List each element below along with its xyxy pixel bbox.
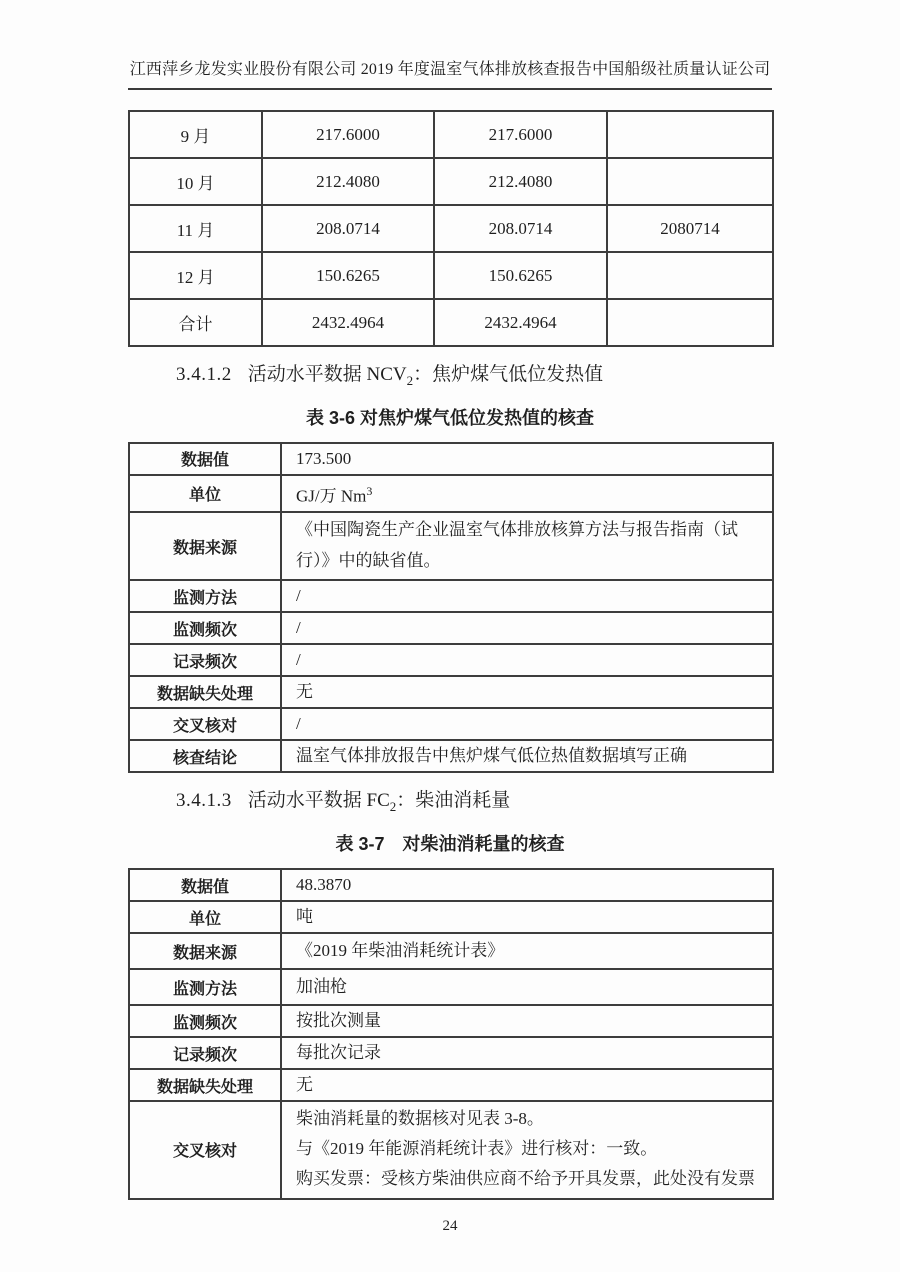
value-cell: 2432.4964 [434,299,607,346]
table-row: 数据缺失处理 无 [129,1069,773,1101]
row-label-cell: 交叉核对 [129,1101,281,1199]
section-title-text: 活动水平数据 FC [248,790,390,811]
row-value-cell: 48.3870 [281,869,773,901]
table-row: 交叉核对 / [129,708,773,740]
table-row: 监测方法 / [129,580,773,612]
table-row: 记录频次 / [129,644,773,676]
cross-check-line: 购买发票：受核方柴油供应商不给予开具发票，此处没有发票 [296,1164,762,1194]
row-value-cell: 柴油消耗量的数据核对见表 3-8。 与《2019 年能源消耗统计表》进行核对：一… [281,1101,773,1199]
row-label-cell: 监测频次 [129,1005,281,1037]
row-value-cell: 《中国陶瓷生产企业温室气体排放核算方法与报告指南（试行）》中的缺省值。 [281,512,773,580]
table-row: 单位 吨 [129,901,773,933]
table-row: 数据来源 《2019 年柴油消耗统计表》 [129,933,773,969]
row-value-cell: 《2019 年柴油消耗统计表》 [281,933,773,969]
section-heading-3-4-1-2: 3.4.1.2活动水平数据 NCV2：焦炉煤气低位发热值 [176,362,772,394]
value-cell: 212.4080 [262,158,434,205]
value-cell [607,299,773,346]
section-number: 3.4.1.3 [176,790,232,811]
month-cell: 12 月 [129,252,262,299]
table-row-total: 合计 2432.4964 2432.4964 [129,299,773,346]
table-row: 数据缺失处理 无 [129,676,773,708]
row-label-cell: 记录频次 [129,1037,281,1069]
value-cell: 2432.4964 [262,299,434,346]
section-title-suffix: ：焦炉煤气低位发热值 [413,364,603,385]
row-value-cell: 无 [281,1069,773,1101]
value-cell [607,252,773,299]
section-title-text: 活动水平数据 NCV [248,364,407,385]
table-3-7-caption: 表 3-7 对柴油消耗量的核查 [128,832,772,856]
value-cell: 217.6000 [434,111,607,158]
row-value-cell: / [281,644,773,676]
table-row: 数据值 48.3870 [129,869,773,901]
value-cell: 208.0714 [262,205,434,252]
row-label-cell: 监测频次 [129,612,281,644]
table-row: 9 月 217.6000 217.6000 [129,111,773,158]
row-label-cell: 监测方法 [129,580,281,612]
table-row: 数据来源 《中国陶瓷生产企业温室气体排放核算方法与报告指南（试行）》中的缺省值。 [129,512,773,580]
row-label-cell: 数据缺失处理 [129,676,281,708]
row-value-cell: 每批次记录 [281,1037,773,1069]
month-cell: 11 月 [129,205,262,252]
row-value-cell: 吨 [281,901,773,933]
row-label-cell: 数据值 [129,443,281,475]
row-label-cell: 数据来源 [129,512,281,580]
value-cell [607,111,773,158]
row-value-cell: 无 [281,676,773,708]
row-value-cell: GJ/万 Nm3 [281,475,773,513]
document-page: 江西萍乡龙发实业股份有限公司 2019 年度温室气体排放核查报告中国船级社质量认… [0,0,900,1272]
table-row: 数据值 173.500 [129,443,773,475]
row-label-cell: 数据缺失处理 [129,1069,281,1101]
section-title-suffix: ：柴油消耗量 [396,790,510,811]
table-row: 12 月 150.6265 150.6265 [129,252,773,299]
cross-check-line: 与《2019 年能源消耗统计表》进行核对：一致。 [296,1134,762,1164]
page-number: 24 [128,1218,772,1235]
row-label-cell: 单位 [129,901,281,933]
row-label-cell: 记录频次 [129,644,281,676]
row-label-cell: 单位 [129,475,281,513]
row-value-cell: / [281,708,773,740]
page-header: 江西萍乡龙发实业股份有限公司 2019 年度温室气体排放核查报告中国船级社质量认… [128,58,772,90]
value-cell: 150.6265 [434,252,607,299]
section-number: 3.4.1.2 [176,364,232,385]
month-cell: 10 月 [129,158,262,205]
value-cell: 208.0714 [434,205,607,252]
row-label-cell: 监测方法 [129,969,281,1005]
table-row: 11 月 208.0714 208.0714 2080714 [129,205,773,252]
table-row: 记录频次 每批次记录 [129,1037,773,1069]
row-label-cell: 数据值 [129,869,281,901]
table-row: 10 月 212.4080 212.4080 [129,158,773,205]
value-cell: 212.4080 [434,158,607,205]
row-value-cell: / [281,612,773,644]
row-label-cell: 核查结论 [129,740,281,772]
table-row: 交叉核对 柴油消耗量的数据核对见表 3-8。 与《2019 年能源消耗统计表》进… [129,1101,773,1199]
section-heading-3-4-1-3: 3.4.1.3活动水平数据 FC2：柴油消耗量 [176,788,772,820]
value-cell [607,158,773,205]
value-cell: 217.6000 [262,111,434,158]
cross-check-line: 柴油消耗量的数据核对见表 3-8。 [296,1104,762,1134]
table-row: 单位 GJ/万 Nm3 [129,475,773,513]
row-value-cell: 173.500 [281,443,773,475]
monthly-data-table: 9 月 217.6000 217.6000 10 月 212.4080 212.… [128,110,774,347]
row-value-cell: 温室气体排放报告中焦炉煤气低位热值数据填写正确 [281,740,773,772]
value-cell: 2080714 [607,205,773,252]
table-row: 监测方法 加油枪 [129,969,773,1005]
value-cell: 150.6265 [262,252,434,299]
month-cell: 合计 [129,299,262,346]
month-cell: 9 月 [129,111,262,158]
row-value-cell: 加油枪 [281,969,773,1005]
table-row: 监测频次 / [129,612,773,644]
unit-superscript: 3 [366,484,372,498]
row-label-cell: 交叉核对 [129,708,281,740]
row-value-cell: / [281,580,773,612]
unit-text: GJ/万 Nm [296,486,366,505]
row-label-cell: 数据来源 [129,933,281,969]
row-value-cell: 按批次测量 [281,1005,773,1037]
table-3-6-caption: 表 3-6 对焦炉煤气低位发热值的核查 [128,406,772,430]
table-3-7: 数据值 48.3870 单位 吨 数据来源 《2019 年柴油消耗统计表》 监测… [128,868,774,1200]
table-3-6: 数据值 173.500 单位 GJ/万 Nm3 数据来源 《中国陶瓷生产企业温室… [128,442,774,774]
table-row: 核查结论 温室气体排放报告中焦炉煤气低位热值数据填写正确 [129,740,773,772]
table-row: 监测频次 按批次测量 [129,1005,773,1037]
